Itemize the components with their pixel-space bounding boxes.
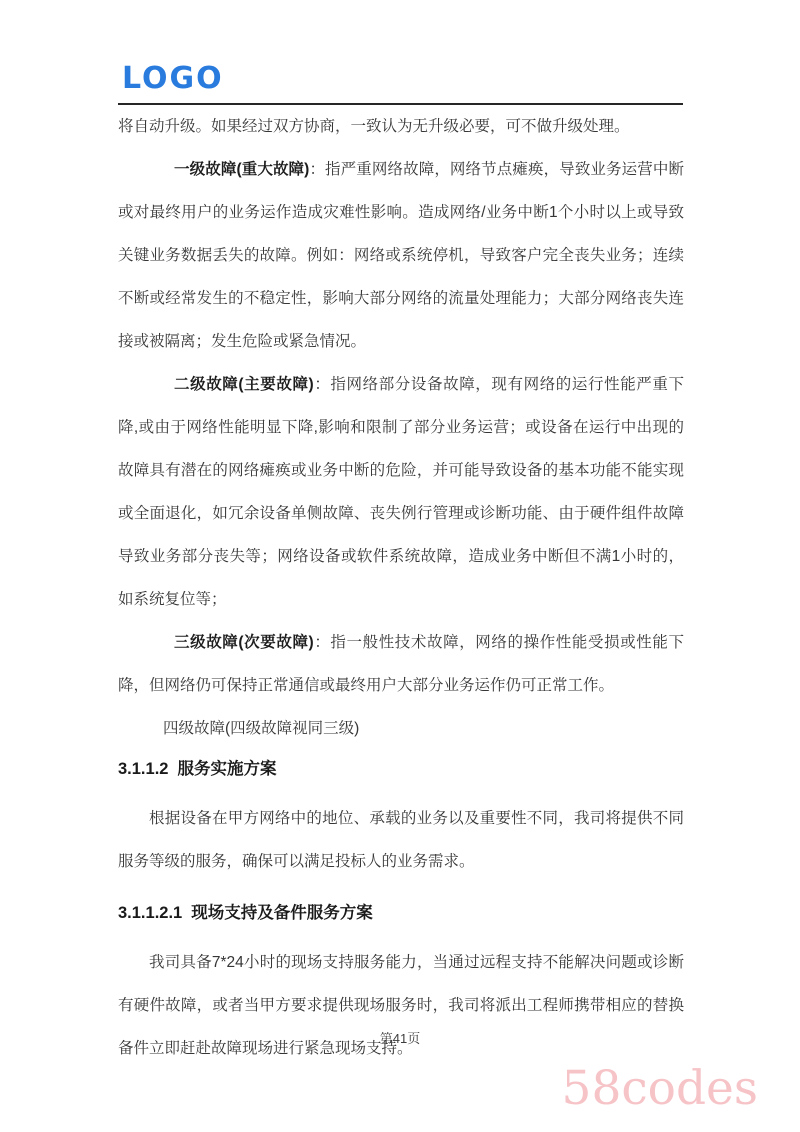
section-heading-3112: 3.1.1.2服务实施方案 <box>118 757 684 781</box>
fault-level-2-label: 二级故障(主要故障) <box>174 376 314 393</box>
section-number: 3.1.1.2.1 <box>118 904 182 922</box>
fault-level-1-label: 一级故障(重大故障) <box>174 161 309 178</box>
paragraph-fault-level-2: 二级故障(主要故障)：指网络部分设备故障，现有网络的运行性能严重下降,或由于网络… <box>118 363 684 621</box>
paragraph-fault-level-3: 三级故障(次要故障)：指一般性技术故障，网络的操作性能受损或性能下降，但网络仍可… <box>118 621 684 707</box>
section-title: 服务实施方案 <box>177 760 276 778</box>
page-header: LOGO <box>0 0 800 105</box>
page-number: 第41页 <box>0 1028 800 1047</box>
company-logo: LOGO <box>122 62 683 95</box>
fault-level-2-text: ：指网络部分设备故障，现有网络的运行性能严重下降,或由于网络性能明显下降,影响和… <box>118 376 684 608</box>
paragraph-fault-level-4: 四级故障(四级故障视同三级) <box>118 707 684 750</box>
section-heading-31121: 3.1.1.2.1现场支持及备件服务方案 <box>118 901 684 925</box>
paragraph-onsite-support: 我司具备7*24小时的现场支持服务能力，当通过远程支持不能解决问题或诊断有硬件故… <box>118 941 684 1070</box>
fault-level-1-text: ：指严重网络故障，网络节点瘫痪，导致业务运营中断或对最终用户的业务运作造成灾难性… <box>118 161 684 350</box>
document-body: 将自动升级。如果经过双方协商，一致认为无升级必要，可不做升级处理。 一级故障(重… <box>0 105 800 1070</box>
paragraph-upgrade-note: 将自动升级。如果经过双方协商，一致认为无升级必要，可不做升级处理。 <box>118 105 684 148</box>
watermark-text: 58codes <box>562 1064 758 1114</box>
section-title: 现场支持及备件服务方案 <box>191 904 373 922</box>
section-number: 3.1.1.2 <box>118 760 168 778</box>
fault-level-3-label: 三级故障(次要故障) <box>174 634 314 651</box>
paragraph-service-levels: 根据设备在甲方网络中的地位、承载的业务以及重要性不同，我司将提供不同服务等级的服… <box>118 797 684 883</box>
document-page: LOGO 将自动升级。如果经过双方协商，一致认为无升级必要，可不做升级处理。 一… <box>0 0 800 1132</box>
paragraph-fault-level-1: 一级故障(重大故障)：指严重网络故障，网络节点瘫痪，导致业务运营中断或对最终用户… <box>118 148 684 363</box>
